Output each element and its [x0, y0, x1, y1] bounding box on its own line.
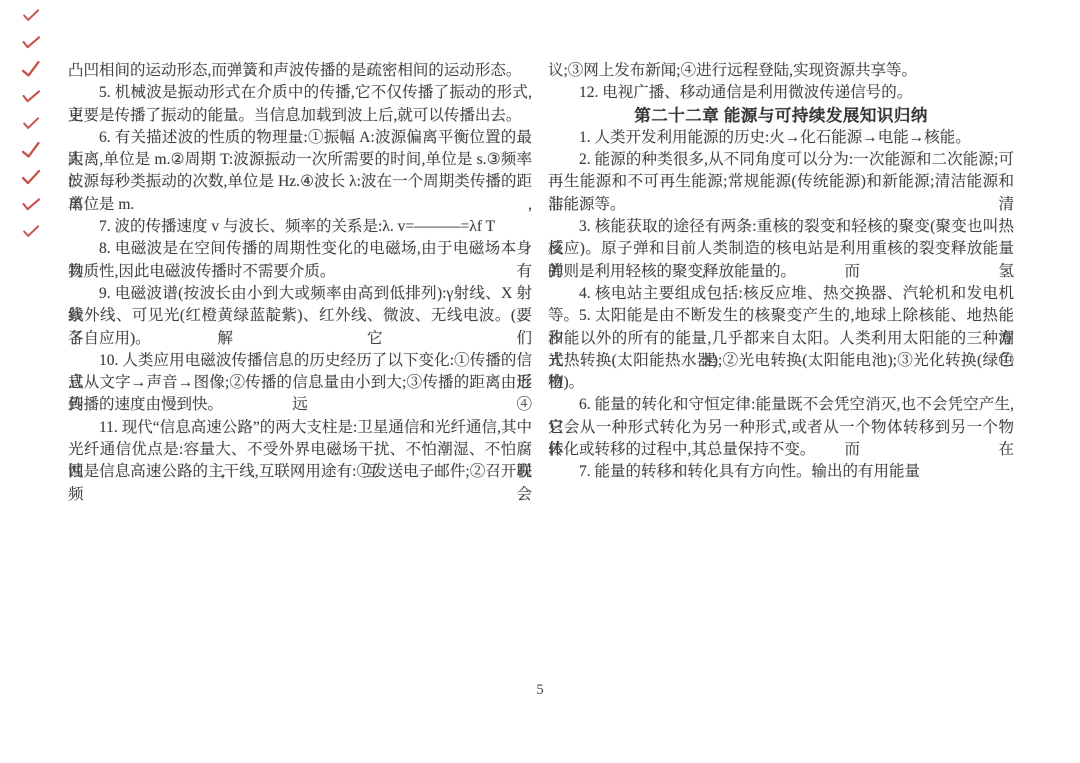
text-line: 6. 有关描述波的性质的物理量:①振幅 A:波源偏离平衡位置的最大 — [68, 127, 532, 149]
text-line: 3. 核能获取的途径有两条:重核的裂变和轻核的聚变(聚变也叫热核 — [548, 216, 1014, 238]
text-line: 波源每秒类振动的次数,单位是 Hz.④波长 λ:波在一个周期类传播的距离, — [68, 171, 532, 193]
text-line: 5. 太阳能是由不断发生的核聚变产生的,地球上除核能、地热能和潮 — [548, 305, 1014, 327]
text-line: 5. 机械波是振动形式在介质中的传播,它不仅传播了振动的形式,更 — [68, 82, 532, 104]
text-line: 1. 人类开发利用能源的历史:火→化石能源→电能→核能。 — [548, 127, 1014, 149]
text-line: 9. 电磁波谱(按波长由小到大或频率由高到低排列):γ射线、X 射线、 — [68, 283, 532, 305]
text-line: 7. 能量的转移和转化具有方向性。输出的有用能量 — [548, 461, 1014, 483]
text-line: 紫外线、可见光(红橙黄绿蓝靛紫)、红外线、微波、无线电波。(要了解它们 — [68, 305, 532, 327]
red-check-icon — [21, 33, 41, 52]
text-line: 议;③网上发布新闻;④进行远程登陆,实现资源共享等。 — [548, 60, 1014, 82]
text-line: 物)。 — [548, 372, 1014, 394]
text-line: 10. 人类应用电磁波传播信息的历史经历了以下变化:①传播的信息形 — [68, 350, 532, 372]
text-line: 4. 核电站主要组成包括:核反应堆、热交换器、汽轮机和发电机等。 — [548, 283, 1014, 305]
text-line: 7. 波的传播速度 v 与波长、频率的关系是:λ. v=———=λf T — [68, 216, 532, 238]
red-check-icon — [22, 223, 40, 239]
text-line: 再生能源和不可再生能源;常规能源(传统能源)和新能源;清洁能源和非清 — [548, 171, 1014, 193]
text-line: 凸凹相间的运动形态,而弹簧和声波传播的是疏密相间的运动形态。 — [68, 60, 532, 82]
text-line: 网是信息高速公路的主干线,互联网用途有:①发送电子邮件;②召开视频会 — [68, 461, 532, 483]
red-check-icon — [22, 115, 40, 131]
text-line: 主要是传播了振动的能量。当信息加载到波上后,就可以传播出去。 — [68, 105, 532, 127]
red-check-icon — [21, 168, 41, 186]
text-line: 式从文字→声音→图像;②传播的信息量由小到大;③传播的距离由近到远④ — [68, 372, 532, 394]
text-line: 距离,单位是 m.②周期 T:波源振动一次所需要的时间,单位是 s.③频率 f: — [68, 149, 532, 171]
page-number: 5 — [0, 682, 1080, 699]
red-check-icon — [21, 195, 41, 214]
text-line: 光纤通信优点是:容量大、不受外界电磁场干扰、不怕潮湿、不怕腐蚀,互联 — [68, 439, 532, 461]
red-check-icon — [20, 140, 42, 160]
text-line: 12. 电视广播、移动通信是利用微波传递信号的。 — [548, 82, 1014, 104]
text-line: 6. 能量的转化和守恒定律:能量既不会凭空消灭,也不会凭空产生,它 — [548, 394, 1014, 416]
text-line: 光热转换(太阳能热水器);②光电转换(太阳能电池);③光化转换(绿色植 — [548, 350, 1014, 372]
text-line: 反应)。原子弹和目前人类制造的核电站是利用重核的裂变释放能量的,而氢 — [548, 238, 1014, 260]
text-line: 2. 能源的种类很多,从不同角度可以分为:一次能源和二次能源;可 — [548, 149, 1014, 171]
red-check-icon — [20, 59, 42, 79]
margin-annotations — [21, 6, 47, 249]
text-line: 8. 电磁波是在空间传播的周期性变化的电磁场,由于电磁场本身具有 — [68, 238, 532, 260]
text-line: 11. 现代“信息高速公路”的两大支柱是:卫星通信和光纤通信,其中 — [68, 417, 532, 439]
right-column: 议;③网上发布新闻;④进行远程登陆,实现资源共享等。12. 电视广播、移动通信是… — [548, 60, 1014, 484]
red-check-icon — [21, 87, 41, 106]
left-column: 凸凹相间的运动形态,而弹簧和声波传播的是疏密相间的运动形态。5. 机械波是振动形… — [68, 60, 532, 484]
text-line: 只会从一种形式转化为另一种形式,或者从一个物体转移到另一个物体,而在 — [548, 417, 1014, 439]
document-page: 凸凹相间的运动形态,而弹簧和声波传播的是疏密相间的运动形态。5. 机械波是振动形… — [0, 0, 1080, 763]
text-line: 汐能以外的所有的能量,几乎都来自太阳。人类利用太阳能的三种方式是:① — [548, 328, 1014, 350]
chapter-heading: 第二十二章 能源与可持续发展知识归纳 — [548, 105, 1014, 127]
red-check-icon — [22, 7, 40, 23]
